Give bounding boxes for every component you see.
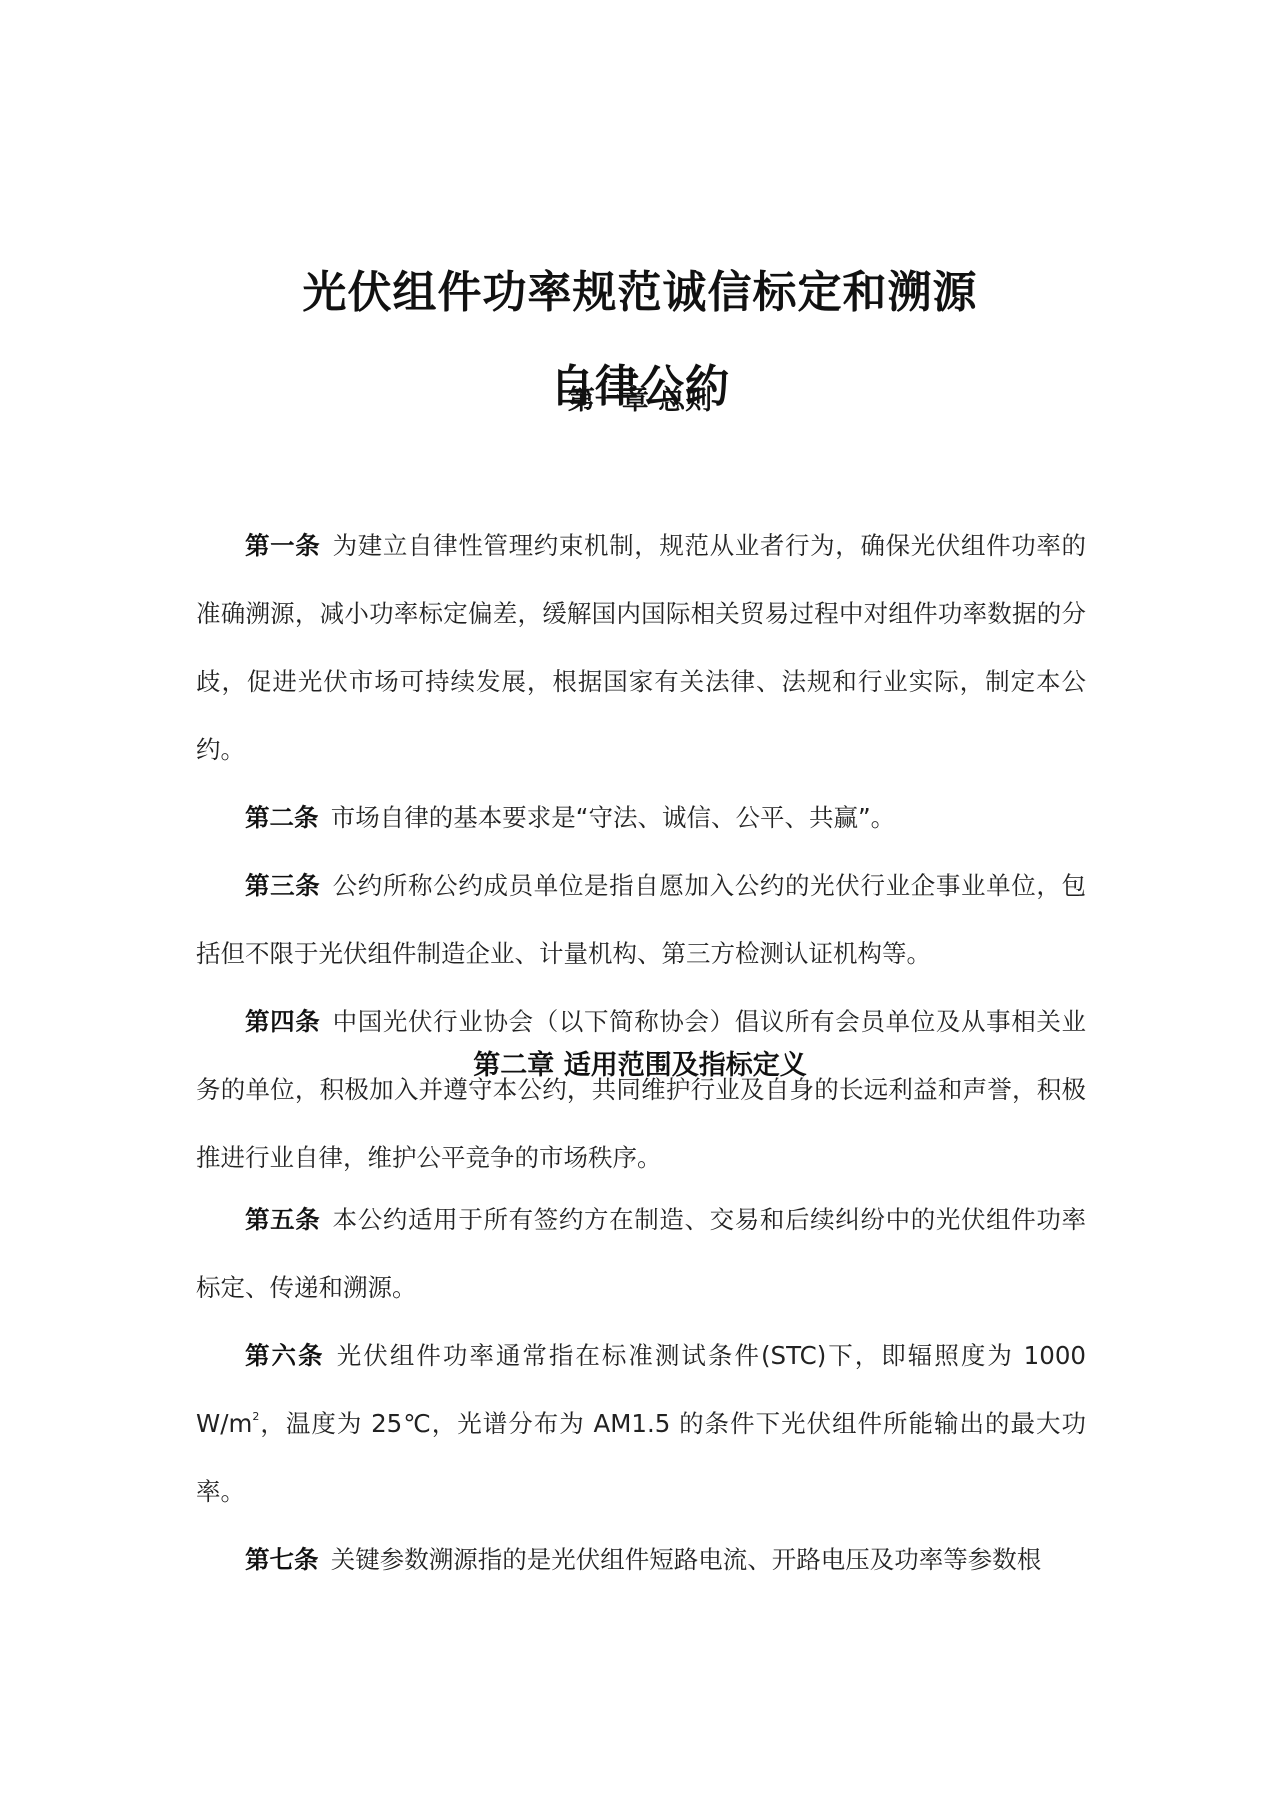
chapter-1-heading: 第一章 总则 xyxy=(0,378,1280,417)
article-text: 为建立自律性管理约束机制，规范从业者行为，确保光伏组件功率的准确溯源，减小功率标… xyxy=(196,531,1086,764)
article-label: 第五条 xyxy=(245,1205,320,1234)
article-1: 第一条为建立自律性管理约束机制，规范从业者行为，确保光伏组件功率的准确溯源，减小… xyxy=(196,512,1086,784)
article-5: 第五条本公约适用于所有签约方在制造、交易和后续纠纷中的光伏组件功率标定、传递和溯… xyxy=(196,1186,1086,1322)
article-label: 第二条 xyxy=(245,803,319,832)
article-label: 第六条 xyxy=(245,1341,325,1370)
article-7: 第七条关键参数溯源指的是光伏组件短路电流、开路电压及功率等参数根 xyxy=(196,1526,1086,1594)
chapter-2-body: 第五条本公约适用于所有签约方在制造、交易和后续纠纷中的光伏组件功率标定、传递和溯… xyxy=(196,1186,1086,1594)
article-label: 第七条 xyxy=(245,1545,319,1574)
article-text: 公约所称公约成员单位是指自愿加入公约的光伏行业企事业单位，包括但不限于光伏组件制… xyxy=(196,871,1086,968)
article-2: 第二条市场自律的基本要求是“守法、诚信、公平、共赢”。 xyxy=(196,784,1086,852)
article-4: 第四条中国光伏行业协会（以下简称协会）倡议所有会员单位及从事相关业务的单位，积极… xyxy=(196,988,1086,1192)
chapter-1-body: 第一条为建立自律性管理约束机制，规范从业者行为，确保光伏组件功率的准确溯源，减小… xyxy=(196,512,1086,1192)
article-text: 中国光伏行业协会（以下简称协会）倡议所有会员单位及从事相关业务的单位，积极加入并… xyxy=(196,1007,1086,1172)
article-3: 第三条公约所称公约成员单位是指自愿加入公约的光伏行业企事业单位，包括但不限于光伏… xyxy=(196,852,1086,988)
article-label: 第四条 xyxy=(245,1007,320,1036)
article-text: 关键参数溯源指的是光伏组件短路电流、开路电压及功率等参数根 xyxy=(331,1545,1042,1574)
article-label: 第一条 xyxy=(245,531,320,560)
article-text: 本公约适用于所有签约方在制造、交易和后续纠纷中的光伏组件功率标定、传递和溯源。 xyxy=(196,1205,1086,1302)
document-page: 光伏组件功率规范诚信标定和溯源 自律公约 第一章 总则 第一条为建立自律性管理约… xyxy=(0,0,1280,1810)
article-6: 第六条光伏组件功率通常指在标准测试条件(STC)下，即辐照度为 1000 W/m… xyxy=(196,1322,1086,1526)
article-text: 市场自律的基本要求是“守法、诚信、公平、共赢”。 xyxy=(331,803,895,832)
chapter-2-heading: 第二章 适用范围及指标定义 xyxy=(0,1043,1280,1082)
document-title-line-1: 光伏组件功率规范诚信标定和溯源 xyxy=(0,256,1280,320)
article-text: ，温度为 25℃，光谱分布为 AM1.5 的条件下光伏组件所能输出的最大功率。 xyxy=(196,1409,1086,1506)
article-label: 第三条 xyxy=(245,871,320,900)
